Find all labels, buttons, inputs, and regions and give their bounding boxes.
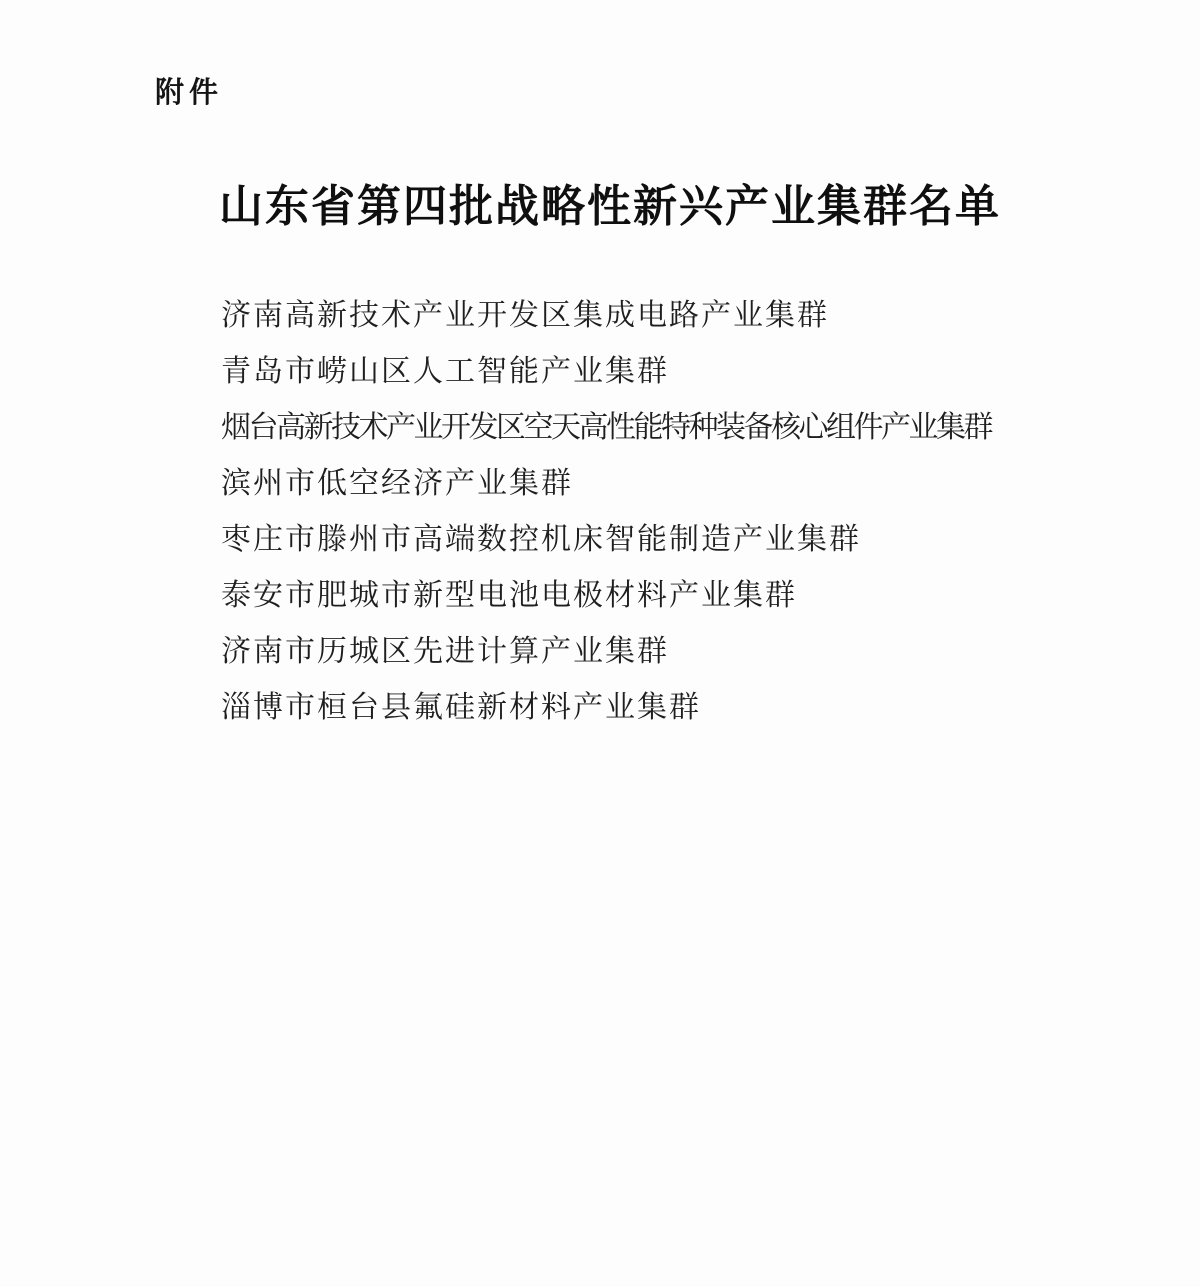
attachment-label: 附件 bbox=[155, 70, 223, 111]
list-item: 枣庄市滕州市高端数控机床智能制造产业集群 bbox=[221, 512, 991, 568]
list-item: 淄博市桓台县氟硅新材料产业集群 bbox=[221, 680, 991, 736]
list-item: 烟台高新技术产业开发区空天高性能特种装备核心组件产业集群 bbox=[221, 400, 991, 456]
list-item: 泰安市肥城市新型电池电极材料产业集群 bbox=[221, 568, 991, 624]
list-item: 济南高新技术产业开发区集成电路产业集群 bbox=[221, 288, 991, 344]
list-item: 滨州市低空经济产业集群 bbox=[221, 456, 991, 512]
page-title: 山东省第四批战略性新兴产业集群名单 bbox=[160, 170, 1060, 234]
list-item: 济南市历城区先进计算产业集群 bbox=[221, 624, 991, 680]
cluster-list: 济南高新技术产业开发区集成电路产业集群 青岛市崂山区人工智能产业集群 烟台高新技… bbox=[221, 288, 991, 736]
list-item: 青岛市崂山区人工智能产业集群 bbox=[221, 344, 991, 400]
document-page: 附件 山东省第四批战略性新兴产业集群名单 济南高新技术产业开发区集成电路产业集群… bbox=[0, 0, 1200, 1287]
